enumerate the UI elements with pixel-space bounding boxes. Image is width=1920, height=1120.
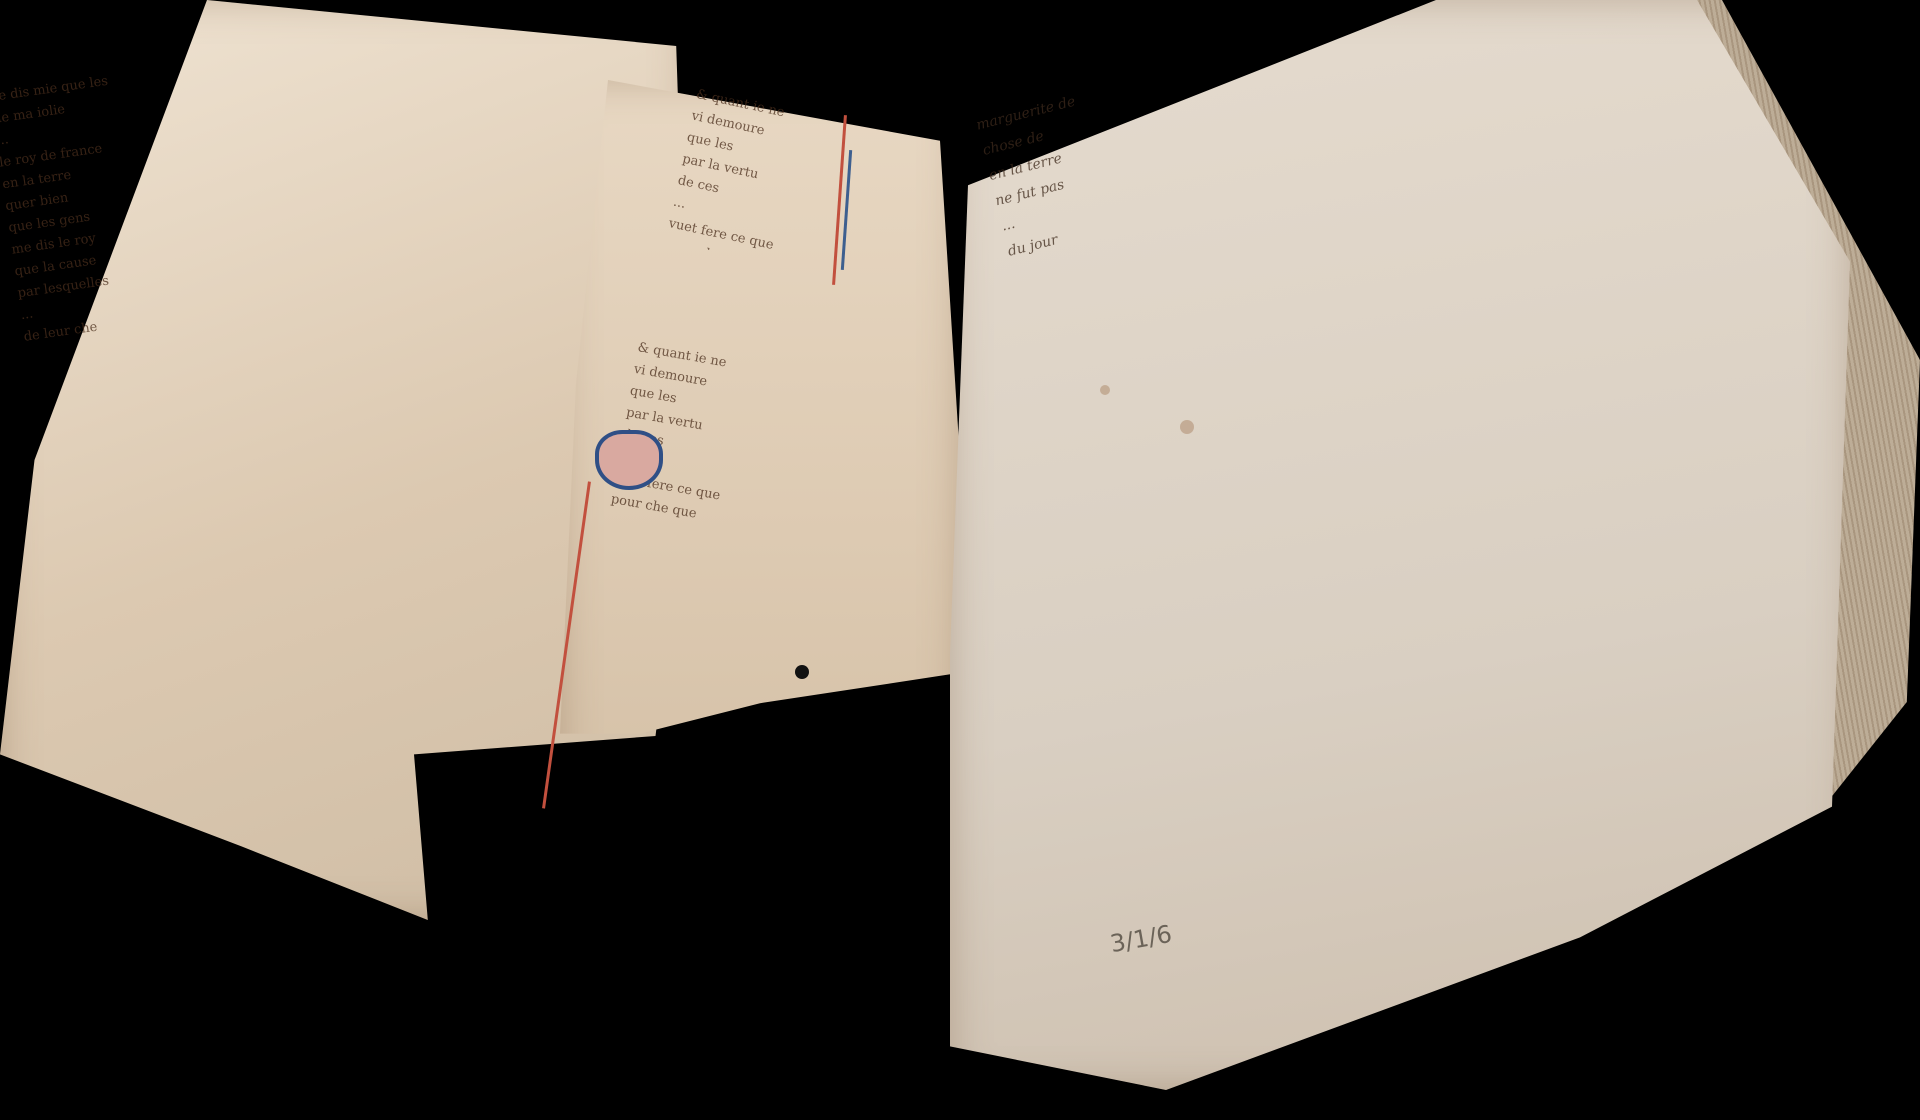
worm-hole <box>795 665 809 679</box>
stain <box>1100 385 1110 395</box>
illuminated-initial <box>595 430 663 490</box>
manuscript-photo: ne dis mie que les de ma iolie ... le ro… <box>0 0 1920 1120</box>
stain <box>1180 420 1194 434</box>
